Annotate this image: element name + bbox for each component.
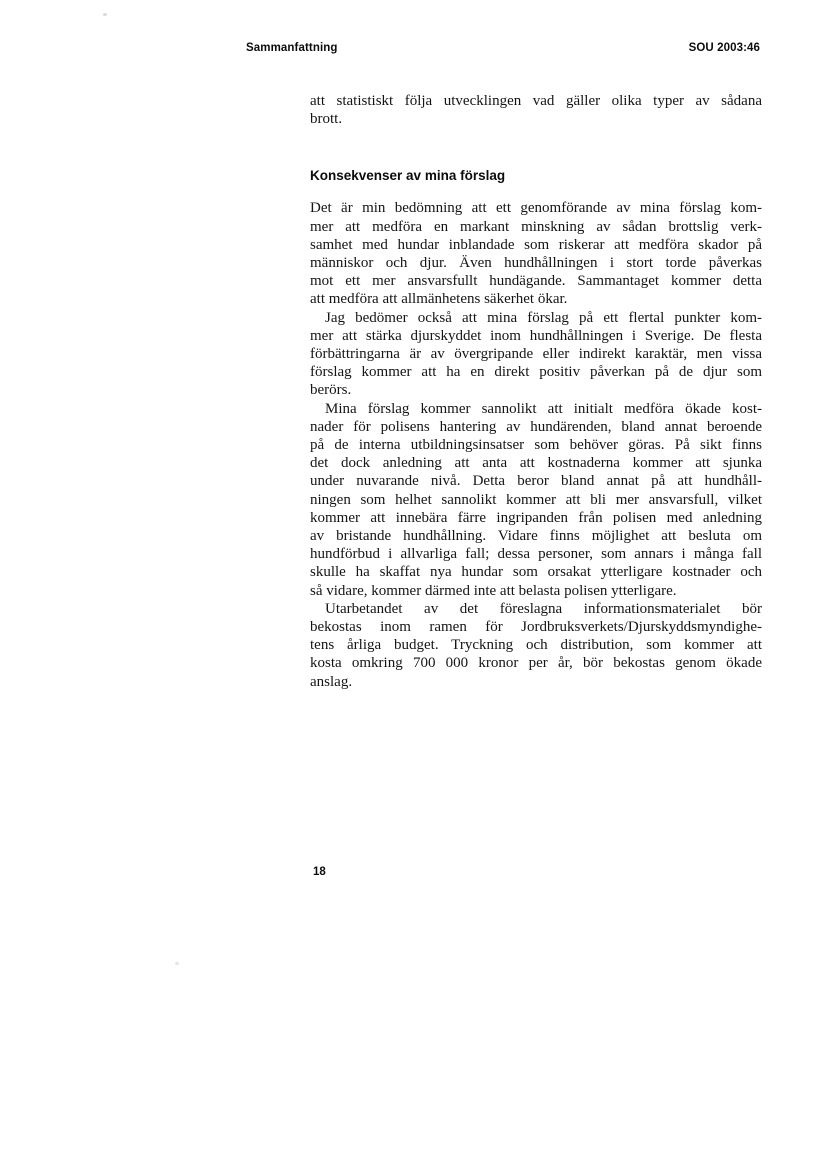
text-line: tens årliga budget. Tryckning och distri… (310, 636, 762, 654)
text-line: samhet med hundar inblandade som riskera… (310, 236, 762, 254)
paragraph: Det är min bedömning att ett genomförand… (310, 199, 762, 308)
text-line: mer att medföra en markant minskning av … (310, 218, 762, 236)
running-header-right: SOU 2003:46 (689, 42, 760, 54)
running-header: Sammanfattning SOU 2003:46 (246, 42, 760, 54)
text-line: förbättringarna är av övergripande eller… (310, 345, 762, 363)
text-line: att medföra att allmänhetens säkerhet ök… (310, 290, 762, 308)
text-line: Mina förslag kommer sannolikt att initia… (310, 400, 762, 418)
text-line: brott. (310, 110, 762, 128)
text-line: så vidare, kommer därmed inte att belast… (310, 582, 762, 600)
text-line: kommer att innebära färre ingripanden fr… (310, 509, 762, 527)
text-line: Jag bedömer också att mina förslag på et… (310, 309, 762, 327)
text-line: Utarbetandet av det föreslagna informati… (310, 600, 762, 618)
scan-artifact (175, 962, 179, 965)
text-line: på de interna utbildningsinsatser som be… (310, 436, 762, 454)
text-line: berörs. (310, 381, 762, 399)
paragraph-continuation: att statistiskt följa utvecklingen vad g… (310, 92, 762, 128)
text-line: att statistiskt följa utvecklingen vad g… (310, 92, 762, 110)
document-page: Sammanfattning SOU 2003:46 att statistis… (0, 0, 826, 1169)
text-line: det dock anledning att anta att kostnade… (310, 454, 762, 472)
text-line: Det är min bedömning att ett genomförand… (310, 199, 762, 217)
text-line: mot ett mer ansvarsfullt hundägande. Sam… (310, 272, 762, 290)
text-line: nader för polisens hantering av hundären… (310, 418, 762, 436)
text-line: skulle ha skaffat nya hundar som orsakat… (310, 563, 762, 581)
text-line: ningen som helhet sannolikt kommer att b… (310, 491, 762, 509)
body-paragraphs: Det är min bedömning att ett genomförand… (310, 199, 762, 690)
scan-artifact (103, 13, 107, 16)
text-line: under nuvarande nivå. Detta beror bland … (310, 472, 762, 490)
running-header-left: Sammanfattning (246, 42, 338, 54)
text-line: av bristande hundhållning. Vidare finns … (310, 527, 762, 545)
text-line: bekostas inom ramen för Jordbruksverkets… (310, 618, 762, 636)
text-line: kosta omkring 700 000 kronor per år, bör… (310, 654, 762, 672)
section-heading: Konsekvenser av mina förslag (310, 167, 762, 185)
text-line: hundförbud i allvarliga fall; dessa pers… (310, 545, 762, 563)
text-line: människor och djur. Även hundhållningen … (310, 254, 762, 272)
text-column: att statistiskt följa utvecklingen vad g… (310, 92, 762, 691)
paragraph: Mina förslag kommer sannolikt att initia… (310, 400, 762, 600)
text-line: mer att stärka djurskyddet inom hundhåll… (310, 327, 762, 345)
text-line: anslag. (310, 673, 762, 691)
page-number: 18 (313, 866, 326, 878)
text-line: förslag kommer att ha en direkt positiv … (310, 363, 762, 381)
paragraph: Jag bedömer också att mina förslag på et… (310, 309, 762, 400)
paragraph: Utarbetandet av det föreslagna informati… (310, 600, 762, 691)
